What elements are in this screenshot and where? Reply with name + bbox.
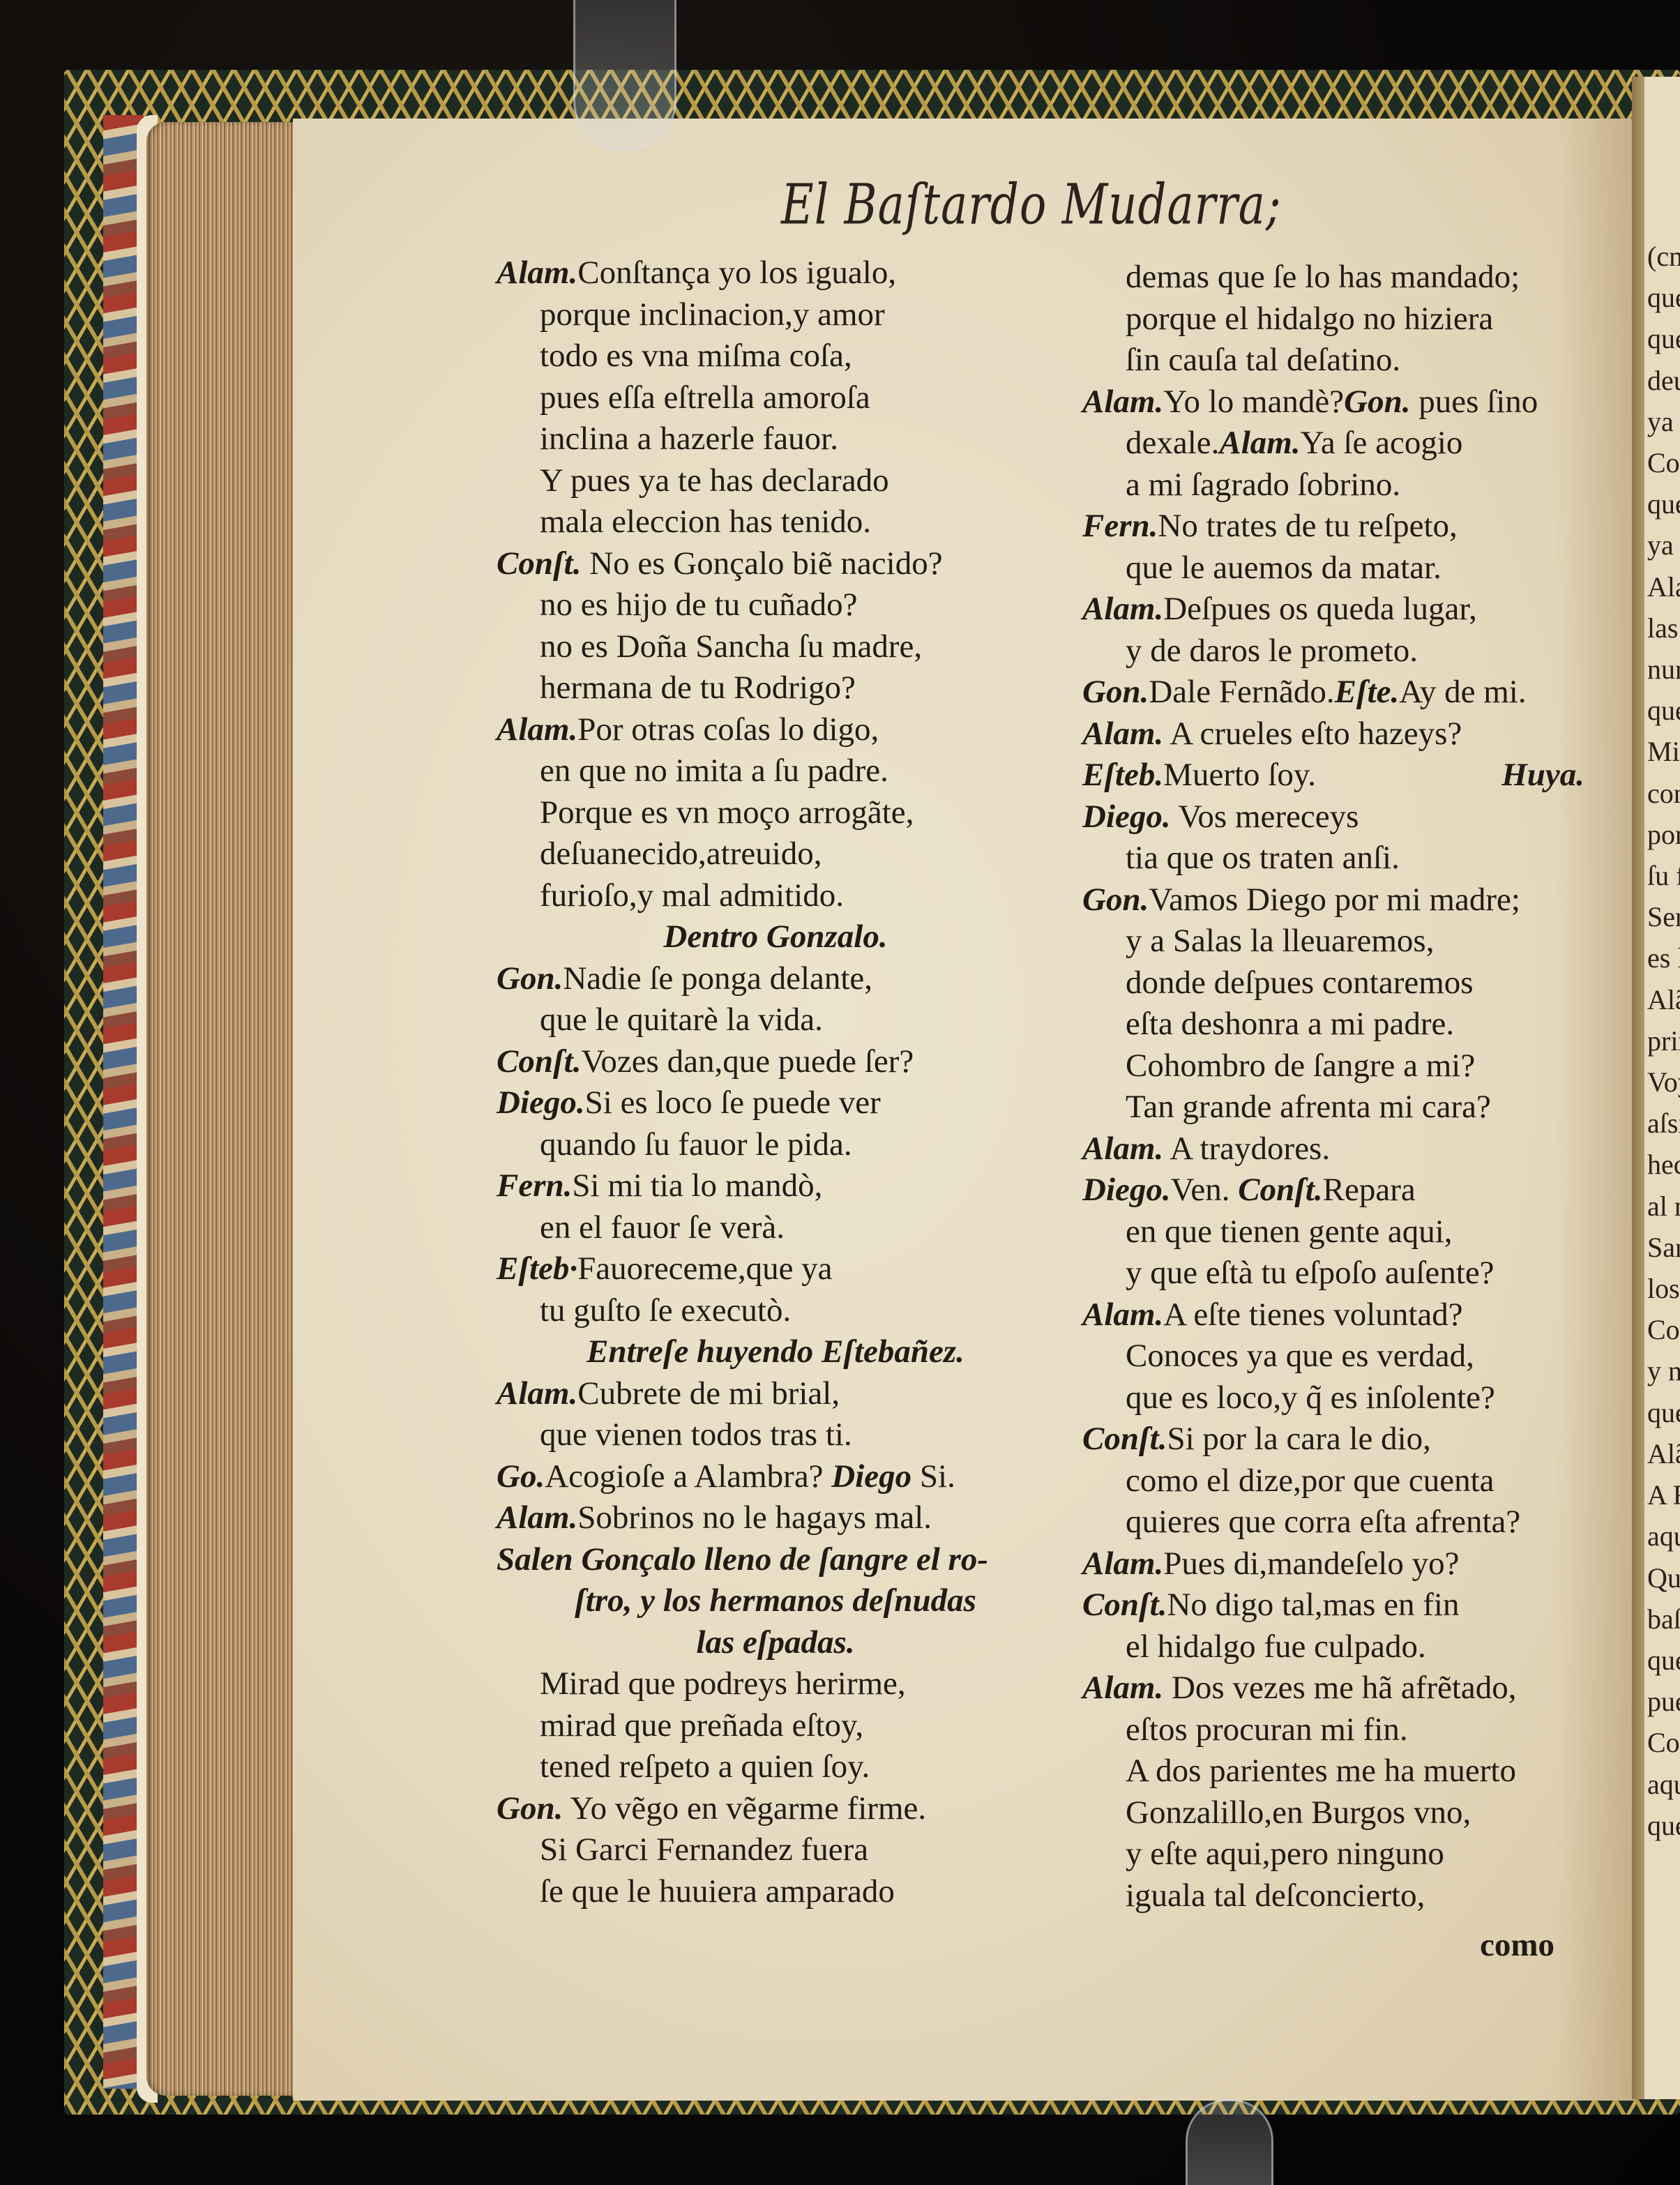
verse-text: demas que ſe lo has mandado;	[1126, 259, 1520, 295]
verse-text: porque el hidalgo no hiziera	[1126, 301, 1493, 337]
verse-line: y de daros le prometo.	[1082, 630, 1633, 672]
stage-direction: Salen Gonçalo lleno de ſangre el ro-	[497, 1539, 1054, 1581]
verse-line: no es hijo de tu cuñado?	[497, 584, 1054, 626]
facing-page-text-fragment: al ma	[1644, 1186, 1680, 1227]
verse-line: tu guſto ſe executò.	[497, 1290, 1054, 1332]
verse-line: que le auemos da matar.	[1082, 547, 1633, 589]
verse-line: que le quitarè la vida.	[497, 999, 1054, 1041]
speech-line: Alam.Por otras coſas lo digo,	[497, 709, 1054, 751]
verse-line: Porque es vn moço arrogãte,	[497, 792, 1054, 834]
verse-text: inclina a hazerle fauor.	[540, 421, 838, 457]
verse-line: deſuanecido,atreuido,	[497, 833, 1054, 875]
verse-text: eſta deshonra a mi padre.	[1126, 1006, 1454, 1042]
facing-page-text-fragment: ya qu	[1644, 524, 1680, 566]
verse-line: Tan grande afrenta mi cara?	[1082, 1087, 1633, 1128]
facing-page-text-fragment: prima	[1644, 1020, 1680, 1061]
verse-text: Por otras coſas lo digo,	[577, 711, 879, 748]
facing-page-text-fragment: los hi	[1644, 1268, 1680, 1309]
catchword: como	[1480, 1926, 1554, 1964]
verse-line: en que tienen gente aqui,	[1082, 1211, 1633, 1253]
verse-text: Yo lo mandè?	[1163, 384, 1344, 420]
verse-text: Fauoreceme,que ya	[577, 1250, 832, 1287]
stage-direction: Dentro Gonzalo.	[497, 916, 1054, 958]
speech-line: Conſt. No es Gonçalo biẽ nacido?	[497, 543, 1054, 585]
speech-line: Gon. Yo vẽgo en vẽgarme firme.	[497, 1788, 1054, 1830]
verse-text: Nadie ſe ponga delante,	[563, 960, 872, 997]
speech-line: Gon.Dale Fernãdo.Eſte.Ay de mi.	[1082, 672, 1633, 713]
speech-line: Alam.Deſpues os queda lugar,	[1082, 589, 1633, 630]
verse-text: Porque es vn moço arrogãte,	[540, 794, 914, 831]
verse-line: y que eſtà tu eſpoſo auſente?	[1082, 1253, 1633, 1294]
verse-line: quando ſu fauor le pida.	[497, 1124, 1054, 1166]
stage-direction: Entreſe huyendo Eſtebañez.	[497, 1331, 1054, 1373]
verse-text: Pues di,mandeſelo yo?	[1163, 1545, 1459, 1582]
verse-text: que vienen todos tras ti.	[540, 1416, 852, 1453]
verse-text: Ay de mi.	[1399, 674, 1526, 710]
verse-text: que le quitarè la vida.	[540, 1001, 823, 1038]
verse-text: Deſpues os queda lugar,	[1163, 591, 1477, 627]
verse-line: en el fauor ſe verà.	[497, 1207, 1054, 1249]
speaker-name: Conſt.	[497, 545, 581, 582]
facing-page-text-fragment: pues	[1644, 1681, 1680, 1722]
speech-line: Conſt.Si por la cara le dio,	[1082, 1419, 1633, 1460]
verse-text: hermana de tu Rodrigo?	[540, 670, 856, 706]
verse-text: iguala tal deſconcierto,	[1126, 1877, 1425, 1914]
facing-page-text-fragment: las to	[1644, 607, 1680, 649]
verse-text: Si.	[911, 1458, 955, 1495]
verse-text: Cohombro de ſangre a mi?	[1126, 1048, 1475, 1084]
verse-text: en el fauor ſe verà.	[540, 1209, 785, 1246]
stage-direction: ſtro, y los hermanos deſnudas	[497, 1580, 1054, 1622]
facing-page-text-fragment: (cm	[1644, 236, 1680, 277]
speech-line: Fern.No trates de tu reſpeto,	[1082, 506, 1633, 547]
verse-text: Vos mereceys	[1171, 799, 1359, 835]
speech-line: Alam. Dos vezes me hã afrẽtado,	[1082, 1668, 1633, 1709]
speaker-name: Alam.	[497, 1499, 577, 1536]
speaker-name: Alam.	[1219, 425, 1300, 461]
verse-text: mala eleccion has tenido.	[540, 504, 871, 540]
verse-text: Repara	[1323, 1172, 1416, 1208]
speaker-name: Diego	[831, 1458, 911, 1495]
facing-page-text-fragment: deuie	[1644, 360, 1680, 401]
facing-page-text-fragment: Mil ca	[1644, 731, 1680, 772]
facing-page-text-fragment: ya qu	[1644, 401, 1680, 442]
facing-page-text-fragment: porqu	[1644, 814, 1680, 855]
verse-line: Mirad que podreys herirme,	[497, 1663, 1054, 1705]
facing-page-text-fragment: que	[1644, 318, 1680, 359]
verse-line: tened reſpeto a quien ſoy.	[497, 1746, 1054, 1788]
verse-line: inclina a hazerle fauor.	[497, 418, 1054, 460]
verse-line: mirad que preñada eſtoy,	[497, 1705, 1054, 1747]
verse-text: A dos parientes me ha muerto	[1126, 1753, 1516, 1789]
speech-line: Gon.Vamos Diego por mi madre;	[1082, 879, 1633, 921]
facing-page-text-fragment: que	[1644, 277, 1680, 318]
facing-page-text-fragment: Alã. Qu	[1644, 1433, 1680, 1474]
verse-line: mala eleccion has tenido.	[497, 501, 1054, 543]
verse-line: no es Doña Sancha ſu madre,	[497, 626, 1054, 668]
verse-text: tu guſto ſe executò.	[540, 1292, 791, 1329]
verse-text: No trates de tu reſpeto,	[1158, 508, 1457, 544]
verse-text: Yo vẽgo en vẽgarme firme.	[563, 1790, 926, 1827]
speaker-name: Conſt.	[497, 1043, 581, 1080]
verse-line: dexale.Alam.Ya ſe acogio	[1082, 423, 1633, 464]
verse-text: Ya ſe acogio	[1301, 425, 1463, 461]
verse-line: y a Salas la lleuaremos,	[1082, 921, 1633, 962]
facing-page-text-fragment: como	[1644, 773, 1680, 814]
verse-text: dexale.	[1126, 425, 1219, 461]
verse-text: en que no imita a ſu padre.	[540, 753, 888, 789]
verse-text: Si Garci Fernandez fuera	[540, 1831, 868, 1868]
facing-page-text-fragment: Conſt.Pr	[1644, 1309, 1680, 1350]
verse-text: Sobrinos no le hagays mal.	[577, 1499, 932, 1536]
verse-line: porque el hidalgo no hiziera	[1082, 298, 1633, 340]
verse-text: Dos vezes me hã afrẽtado,	[1163, 1670, 1516, 1706]
facing-page-text-fragment: Alam.M	[1644, 566, 1680, 607]
speaker-name: Alam.	[497, 1375, 577, 1412]
verse-text: y eſte aqui,pero ninguno	[1126, 1836, 1444, 1872]
verse-text: no es Doña Sancha ſu madre,	[540, 628, 922, 665]
facing-page-text-fragment: aque	[1644, 1515, 1680, 1557]
verse-line: iguala tal deſconcierto,	[1082, 1875, 1633, 1917]
verse-text: Gonzalillo,en Burgos vno,	[1126, 1794, 1471, 1831]
speaker-name: Diego.	[497, 1084, 585, 1121]
verse-line: en que no imita a ſu padre.	[497, 750, 1054, 792]
facing-page-text-fragment: Alã. Si e	[1644, 979, 1680, 1020]
verse-line: ſin cauſa tal deſatino.	[1082, 340, 1633, 381]
book-gutter	[1632, 77, 1646, 2099]
verse-line: hermana de tu Rodrigo?	[497, 667, 1054, 709]
verse-text: que es loco,y q̃ es inſolente?	[1126, 1379, 1495, 1416]
facing-page-text-fragment: que g	[1644, 690, 1680, 731]
speech-line: Alam.Conſtança yo los igualo,	[497, 252, 1054, 294]
verse-text: Mirad que podreys herirme,	[540, 1665, 906, 1702]
speech-line: Alam.Pues di,mandeſelo yo?	[1082, 1543, 1633, 1585]
verse-text: Cubrete de mi brial,	[577, 1375, 840, 1412]
speaker-name: Gon.	[1082, 674, 1149, 710]
verse-line: Conoces ya que es verdad,	[1082, 1336, 1633, 1377]
verse-text: porque inclinacion,y amor	[540, 296, 885, 333]
facing-page-text-fragment: Conſt.Nu	[1644, 1722, 1680, 1763]
speaker-name: Gon.	[497, 1790, 563, 1827]
verse-line: pues eſſa eſtrella amoroſa	[497, 377, 1054, 419]
verse-text: donde deſpues contaremos	[1126, 965, 1474, 1001]
verse-text: y a Salas la lleuaremos,	[1126, 923, 1434, 959]
running-head-title: El Baſtardo Mudarra;	[781, 173, 1282, 238]
speech-line: Alam.Cubrete de mi brial,	[497, 1373, 1054, 1415]
speech-line: Alam.A eſte tienes voluntad?	[1082, 1294, 1633, 1336]
verse-line: Y pues ya te has declarado	[497, 460, 1054, 502]
verse-line: Si Garci Fernandez fuera	[497, 1829, 1054, 1871]
speech-line: Conſt.No digo tal,mas en fin	[1082, 1585, 1633, 1626]
verse-line: que es loco,y q̃ es inſolente?	[1082, 1377, 1633, 1419]
verse-text: tia que os traten anſi.	[1126, 840, 1400, 876]
speaker-name: Alam.	[1082, 716, 1163, 752]
verse-line: a mi ſagrado ſobrino.	[1082, 464, 1633, 506]
facing-page-text-fragment: Ser ſe	[1644, 896, 1680, 937]
speaker-name: Conſt.	[1082, 1587, 1167, 1623]
facing-page-text-fragment: hecha	[1644, 1144, 1680, 1185]
verse-text: Si por la cara le dio,	[1167, 1421, 1430, 1457]
speech-line: Alam. A crueles eſto hazeys?	[1082, 713, 1633, 755]
verse-text: Acogioſe a Alambra?	[545, 1458, 831, 1495]
verse-text: Si mi tia lo mandò,	[572, 1167, 822, 1204]
verse-text: Muerto ſoy.	[1163, 757, 1316, 793]
facing-page-text-fragment: quep	[1644, 1392, 1680, 1433]
speech-line: Alam.Yo lo mandè?Gon. pues ſino	[1082, 381, 1633, 423]
speech-line: Eſteb·Fauoreceme,que ya	[497, 1248, 1054, 1290]
speaker-name: Alam.	[1082, 1670, 1163, 1706]
page-holder-clip-bottom	[1186, 2099, 1273, 2185]
verse-text: a mi ſagrado ſobrino.	[1126, 467, 1400, 503]
speech-line: Diego.Si es loco ſe puede ver	[497, 1082, 1054, 1124]
speaker-name: Alam.	[497, 711, 577, 748]
speech-line: Go.Acogioſe a Alambra? Diego Si.	[497, 1456, 1054, 1498]
verse-line: y eſte aqui,pero ninguno	[1082, 1834, 1633, 1875]
verse-text: No es Gonçalo biẽ nacido?	[581, 545, 942, 582]
verse-line: eſta deshonra a mi padre.	[1082, 1004, 1633, 1045]
verse-line: Gonzalillo,en Burgos vno,	[1082, 1792, 1633, 1834]
speech-line: Diego. Vos mereceys	[1082, 796, 1633, 838]
speech-line: Conſt.Vozes dan,que puede ſer?	[497, 1041, 1054, 1083]
facing-page-text-fragment: Voyn	[1644, 1061, 1680, 1103]
verse-line: el hidalgo fue culpado.	[1082, 1626, 1633, 1668]
verse-text: Conſtança yo los igualo,	[577, 255, 896, 291]
speech-line: Eſteb.Muerto ſoy.Huya.	[1082, 755, 1633, 796]
speaker-name: Alam.	[497, 255, 577, 291]
verse-text: A traydores.	[1163, 1131, 1330, 1167]
facing-page-text-fragment: que n	[1644, 483, 1680, 524]
speaker-name: Diego.	[1082, 799, 1171, 835]
speech-line: Alam.Sobrinos no le hagays mal.	[497, 1497, 1054, 1539]
stage-direction: las eſpadas.	[497, 1622, 1054, 1664]
speaker-name: Conſt.	[1238, 1172, 1322, 1208]
speaker-name: Alam.	[1082, 591, 1163, 627]
verse-line: todo es vna miſma coſa,	[497, 335, 1054, 377]
speaker-name: Eſteb·	[497, 1250, 577, 1287]
verse-line: furioſo,y mal admitido.	[497, 875, 1054, 917]
speech-line: Alam. A traydores.	[1082, 1128, 1633, 1170]
facing-page-text-fragment: que b	[1644, 1640, 1680, 1681]
speech-line: Fern.Si mi tia lo mandò,	[497, 1165, 1054, 1207]
verse-line: eſtos procuran mi fin.	[1082, 1709, 1633, 1751]
verse-line: A dos parientes me ha muerto	[1082, 1751, 1633, 1792]
speaker-name: Alam.	[1082, 1131, 1163, 1167]
verse-text: pues ſino	[1411, 384, 1538, 420]
verse-text: pues eſſa eſtrella amoroſa	[540, 379, 870, 416]
verse-line: porque inclinacion,y amor	[497, 294, 1054, 336]
verse-line: donde deſpues contaremos	[1082, 962, 1633, 1004]
speaker-name: Fern.	[1082, 508, 1158, 544]
verse-text: A eſte tienes voluntad?	[1163, 1296, 1462, 1333]
verse-text: A crueles eſto hazeys?	[1163, 716, 1462, 752]
speaker-name: Conſt.	[1082, 1421, 1167, 1457]
facing-page-text-fragment: Que	[1644, 1557, 1680, 1598]
verse-line: demas que ſe lo has mandado;	[1082, 257, 1633, 298]
verse-text: el hidalgo fue culpado.	[1126, 1628, 1426, 1665]
verse-text: no es hijo de tu cuñado?	[540, 587, 858, 623]
verse-line: como el dize,por que cuenta	[1082, 1460, 1633, 1502]
exit-direction: Huya.	[1501, 755, 1584, 796]
speaker-name: Diego.	[1082, 1172, 1171, 1208]
speaker-name: Gon.	[497, 960, 563, 997]
speech-line: Diego.Ven. Conſt.Repara	[1082, 1170, 1633, 1211]
text-column-right: demas que ſe lo has mandado;porque el hi…	[1082, 257, 1633, 1916]
verse-line: quieres que corra eſta afrenta?	[1082, 1502, 1633, 1543]
verse-text: deſuanecido,atreuido,	[540, 836, 822, 872]
verse-text: Dale Fernãdo.	[1149, 674, 1334, 710]
page-holder-clip-top	[573, 0, 676, 150]
facing-page-text-fragment: Sangr	[1644, 1227, 1680, 1268]
verse-text: ſe que le huuiera amparado	[540, 1873, 895, 1910]
verse-text: como el dize,por que cuenta	[1126, 1462, 1494, 1499]
text-column-left: Alam.Conſtança yo los igualo,porque incl…	[497, 252, 1054, 1912]
verse-text: Ven.	[1171, 1172, 1239, 1208]
verse-text: Si es loco ſe puede ver	[585, 1084, 881, 1121]
speech-line: Gon.Nadie ſe ponga delante,	[497, 958, 1054, 1000]
verse-text: No digo tal,mas en fin	[1167, 1587, 1459, 1623]
speaker-name: Fern.	[497, 1167, 572, 1204]
speaker-name: Gon.	[1082, 882, 1149, 918]
facing-page-text-fragment: que c	[1644, 1805, 1680, 1846]
facing-page-text-fragment: ſu fan	[1644, 855, 1680, 896]
facing-page-text-fragment: es lo	[1644, 937, 1680, 978]
verse-text: Y pues ya te has declarado	[540, 462, 889, 499]
verse-text: tened reſpeto a quien ſoy.	[540, 1748, 870, 1785]
speaker-name: Alam.	[1082, 384, 1163, 420]
speaker-name: Alam.	[1082, 1545, 1163, 1582]
verse-line: tia que os traten anſi.	[1082, 838, 1633, 879]
verse-text: Conoces ya que es verdad,	[1126, 1338, 1474, 1374]
facing-page-text-fragment: nunca	[1644, 649, 1680, 690]
facing-page-strip: (cmquequedeuieya quConſt.Noque nya quAla…	[1644, 77, 1680, 2099]
verse-line: Cohombro de ſangre a mi?	[1082, 1045, 1633, 1087]
verse-text: quando ſu fauor le pida.	[540, 1126, 852, 1163]
verse-text: eſtos procuran mi fin.	[1126, 1711, 1408, 1748]
facing-page-text-fragment: baſta	[1644, 1598, 1680, 1640]
speaker-name: Gon.	[1344, 384, 1410, 420]
speaker-name: Eſte.	[1335, 674, 1400, 710]
page-block-fore-edge	[146, 122, 293, 2096]
facing-page-text-fragment: A Ra	[1644, 1474, 1680, 1515]
verse-text: Tan grande afrenta mi cara?	[1126, 1089, 1491, 1125]
facing-page-text-fragment: Conſt.No	[1644, 442, 1680, 483]
verse-text: que le auemos da matar.	[1126, 550, 1441, 586]
verse-text: mirad que preñada eſtoy,	[540, 1707, 863, 1744]
speaker-name: Eſteb.	[1082, 757, 1163, 793]
speaker-name: Go.	[497, 1458, 545, 1495]
verse-text: Vamos Diego por mi madre;	[1149, 882, 1520, 918]
facing-page-text-fragment: aque	[1644, 1764, 1680, 1805]
verse-text: todo es vna miſma coſa,	[540, 338, 852, 374]
verse-line: ſe que le huuiera amparado	[497, 1871, 1054, 1913]
speaker-name: Alam.	[1082, 1296, 1163, 1333]
facing-page-text-fragment: y no	[1644, 1350, 1680, 1391]
verse-line: que vienen todos tras ti.	[497, 1414, 1054, 1456]
verse-text: quieres que corra eſta afrenta?	[1126, 1504, 1520, 1540]
verse-text: Vozes dan,que puede ſer?	[581, 1043, 914, 1080]
verse-text: y de daros le prometo.	[1126, 633, 1418, 669]
verse-text: ſin cauſa tal deſatino.	[1126, 342, 1400, 378]
verse-text: furioſo,y mal admitido.	[540, 877, 844, 914]
verse-text: en que tienen gente aqui,	[1126, 1214, 1453, 1250]
facing-page-text-fragment: aſsi le	[1644, 1103, 1680, 1144]
verse-text: y que eſtà tu eſpoſo auſente?	[1126, 1255, 1494, 1291]
